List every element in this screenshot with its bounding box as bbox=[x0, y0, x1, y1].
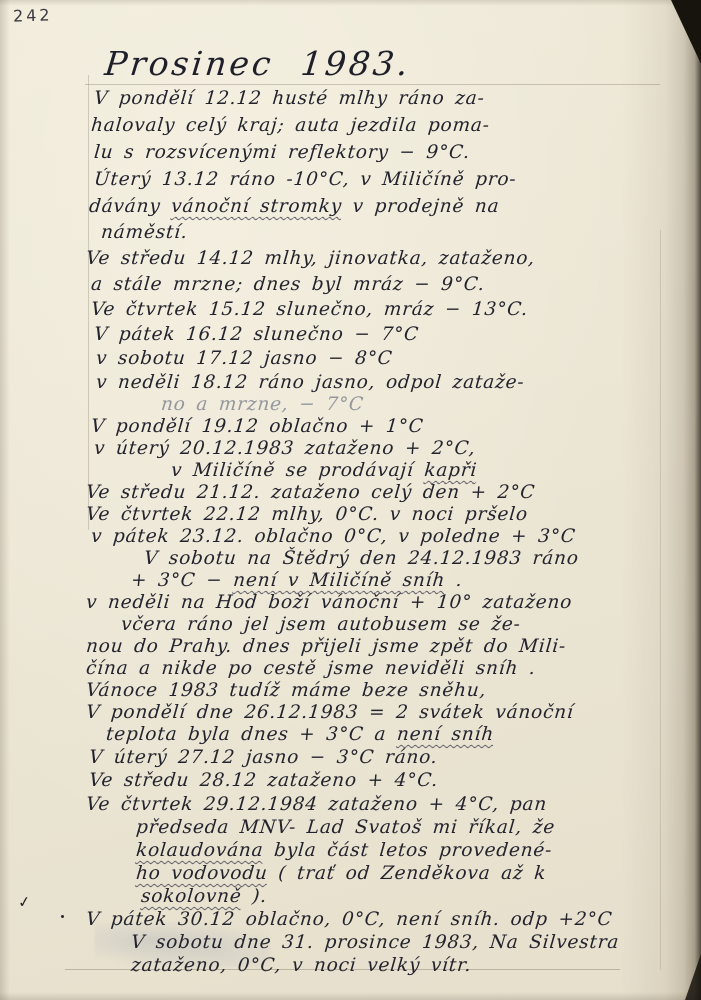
text-segment: halovaly celý kraj; auta jezdila poma- bbox=[90, 115, 491, 136]
text-segment: teplota byla dnes + 3°C a bbox=[105, 724, 398, 745]
handwritten-line: Vánoce 1983 tudíž máme beze sněhu, bbox=[85, 680, 687, 702]
underlined-phrase: ho vodovodu bbox=[135, 863, 268, 884]
handwritten-line: V sobotu dne 31. prosince 1983, Na Silve… bbox=[130, 932, 687, 954]
handwritten-line: předseda MNV- Lad Svatoš mi říkal, že bbox=[135, 817, 687, 839]
text-segment: dávány bbox=[88, 196, 172, 217]
text-segment: včera ráno jel jsem autobusem se že- bbox=[120, 614, 521, 635]
handwritten-line: Ve středu 21.12. zataženo celý den + 2°C bbox=[85, 482, 687, 504]
text-segment: V úterý 27.12 jasno − 3°C ráno. bbox=[88, 747, 438, 768]
handwritten-text-block: V pondělí 12.12 husté mlhy ráno za-halov… bbox=[86, 88, 686, 977]
page-edge-shadow-left bbox=[0, 0, 10, 1000]
handwritten-line: V sobotu na Štědrý den 24.12.1983 ráno bbox=[143, 548, 687, 570]
handwritten-line: čína a nikde po cestě jsme neviděli sníh… bbox=[85, 658, 687, 680]
text-segment: Úterý 13.12 ráno -10°C, v Miličíně pro- bbox=[93, 169, 517, 190]
text-segment: Ve čtvrtek 29.12.1984 zataženo + 4°C, pa… bbox=[85, 794, 548, 815]
text-segment: ( trať od Zenděkova až k bbox=[267, 863, 547, 884]
text-segment: a stále mrzne; dnes byl mráz − 9°C. bbox=[90, 274, 486, 295]
handwritten-line: zataženo, 0°C, v noci velký vítr. bbox=[130, 955, 687, 977]
text-segment: V pátek 16.12 slunečno − 7°C bbox=[93, 324, 420, 345]
text-segment: V sobotu na Štědrý den 24.12.1983 ráno bbox=[143, 548, 580, 569]
text-segment: . bbox=[444, 570, 463, 591]
text-segment: V pondělí 19.12 oblačno + 1°C bbox=[90, 416, 424, 437]
handwritten-line: včera ráno jel jsem autobusem se že- bbox=[120, 614, 687, 636]
text-segment: no a mrzne, − 7°C bbox=[160, 394, 365, 415]
text-segment: nou do Prahy. dnes přijeli jsme zpět do … bbox=[85, 636, 567, 657]
text-segment: čína a nikde po cestě jsme neviděli sníh… bbox=[85, 658, 536, 679]
text-segment: v neděli na Hod boží vánoční + 10° zataž… bbox=[85, 592, 573, 613]
checkmark-icon: ✓ bbox=[17, 892, 32, 912]
text-segment: Vánoce 1983 tudíž máme beze sněhu, bbox=[85, 680, 487, 701]
text-segment: předseda MNV- Lad Svatoš mi říkal, že bbox=[135, 817, 556, 838]
page-number: 242 bbox=[13, 5, 53, 25]
text-segment: lu s rozsvícenými reflektory − 9°C. bbox=[93, 142, 471, 163]
text-segment: v pátek 23.12. oblačno 0°C, v poledne + … bbox=[90, 526, 576, 547]
underlined-phrase: není v Miličíně sníh bbox=[232, 570, 446, 591]
text-segment: Ve středu 14.12 mlhy, jinovatka, zatažen… bbox=[85, 248, 536, 269]
text-segment: byla část letos provedené- bbox=[263, 840, 554, 861]
text-segment: Ve čtvrtek 15.12 slunečno, mráz − 13°C. bbox=[90, 299, 529, 320]
text-segment: zataženo, 0°C, v noci velký vítr. bbox=[130, 955, 472, 976]
handwritten-line: náměstí. bbox=[100, 222, 687, 244]
handwritten-line: Ve čtvrtek 22.12 mlhy, 0°C. v noci pršel… bbox=[85, 504, 687, 526]
handwritten-line: Ve středu 14.12 mlhy, jinovatka, zatažen… bbox=[85, 248, 687, 270]
handwritten-line: v Miličíně se prodávají kapři bbox=[170, 460, 687, 482]
text-segment: ). bbox=[241, 886, 268, 907]
handwritten-line: Ve středu 28.12 zataženo + 4°C. bbox=[88, 770, 687, 792]
text-segment: v prodejně na bbox=[341, 196, 500, 217]
text-segment: v neděli 18.12 ráno jasno, odpol zataže- bbox=[95, 372, 525, 393]
pencil-guideline-under-title bbox=[85, 84, 660, 85]
text-segment: V pondělí dne 26.12.1983 = 2 svátek váno… bbox=[85, 702, 574, 723]
handwritten-line: V úterý 27.12 jasno − 3°C ráno. bbox=[88, 747, 687, 769]
handwritten-line: teplota byla dnes + 3°C a není sníh bbox=[105, 724, 687, 746]
text-segment: v úterý 20.12.1983 zataženo + 2°C, bbox=[93, 438, 476, 459]
handwritten-line: V pondělí 19.12 oblačno + 1°C bbox=[90, 416, 687, 438]
handwritten-line: v neděli na Hod boží vánoční + 10° zataž… bbox=[85, 592, 687, 614]
handwritten-line: no a mrzne, − 7°C bbox=[160, 394, 687, 416]
handwritten-line: v neděli 18.12 ráno jasno, odpol zataže- bbox=[95, 372, 687, 394]
page-edge-shadow-top bbox=[0, 0, 701, 6]
text-segment: V pondělí 12.12 husté mlhy ráno za- bbox=[93, 88, 485, 109]
page-edge-shadow-bottom bbox=[0, 992, 701, 1000]
text-segment: + 3°C − bbox=[130, 570, 234, 591]
handwritten-line: + 3°C − není v Miličíně sníh . bbox=[130, 570, 687, 592]
handwritten-line: V pátek 16.12 slunečno − 7°C bbox=[93, 324, 687, 346]
handwritten-line: sokolovně ). bbox=[140, 886, 687, 908]
handwritten-line: v pátek 23.12. oblačno 0°C, v poledne + … bbox=[90, 526, 687, 548]
text-segment: Ve čtvrtek 22.12 mlhy, 0°C. v noci pršel… bbox=[85, 504, 529, 525]
handwritten-line: halovaly celý kraj; auta jezdila poma- bbox=[90, 115, 687, 137]
page-title: Prosinec 1983. bbox=[103, 44, 413, 83]
scanned-notebook-page: 242 Prosinec 1983. V pondělí 12.12 husté… bbox=[0, 0, 701, 1000]
text-segment: v sobotu 17.12 jasno − 8°C bbox=[95, 348, 393, 369]
text-segment: Ve středu 21.12. zataženo celý den + 2°C bbox=[85, 482, 536, 503]
text-segment: v Miličíně se prodávají bbox=[170, 460, 425, 481]
handwritten-line: V pondělí 12.12 husté mlhy ráno za- bbox=[93, 88, 687, 110]
handwritten-line: dávány vánoční stromky v prodejně na bbox=[88, 196, 687, 218]
handwritten-line: Úterý 13.12 ráno -10°C, v Miličíně pro- bbox=[93, 169, 687, 191]
text-segment: Ve středu 28.12 zataženo + 4°C. bbox=[88, 770, 439, 791]
underlined-phrase: vánoční stromky bbox=[170, 196, 343, 217]
handwritten-line: kolaudována byla část letos provedené- bbox=[135, 840, 687, 862]
scan-dark-corner-bottom-right bbox=[685, 954, 701, 1000]
text-segment: V pátek 30.12 oblačno, 0°C, není sníh. o… bbox=[85, 909, 613, 930]
scan-dark-corner-top-right bbox=[671, 0, 701, 64]
handwritten-line: lu s rozsvícenými reflektory − 9°C. bbox=[93, 142, 687, 164]
text-segment: náměstí. bbox=[100, 222, 188, 243]
underlined-phrase: kolaudována bbox=[135, 840, 264, 861]
handwritten-line: V pátek 30.12 oblačno, 0°C, není sníh. o… bbox=[85, 909, 687, 931]
handwritten-line: a stále mrzne; dnes byl mráz − 9°C. bbox=[90, 274, 687, 296]
handwritten-line: v úterý 20.12.1983 zataženo + 2°C, bbox=[93, 438, 687, 460]
text-segment: V sobotu dne 31. prosince 1983, Na Silve… bbox=[130, 932, 620, 953]
ink-speck bbox=[61, 915, 64, 918]
handwritten-line: ho vodovodu ( trať od Zenděkova až k bbox=[135, 863, 687, 885]
underlined-phrase: sokolovně bbox=[140, 886, 242, 907]
handwritten-line: v sobotu 17.12 jasno − 8°C bbox=[95, 348, 687, 370]
handwritten-line: V pondělí dne 26.12.1983 = 2 svátek váno… bbox=[85, 702, 687, 724]
handwritten-line: Ve čtvrtek 15.12 slunečno, mráz − 13°C. bbox=[90, 299, 687, 321]
underlined-phrase: není sníh bbox=[396, 724, 495, 745]
handwritten-line: nou do Prahy. dnes přijeli jsme zpět do … bbox=[85, 636, 687, 658]
underlined-phrase: kapři bbox=[423, 460, 478, 481]
handwritten-line: Ve čtvrtek 29.12.1984 zataženo + 4°C, pa… bbox=[85, 794, 687, 816]
